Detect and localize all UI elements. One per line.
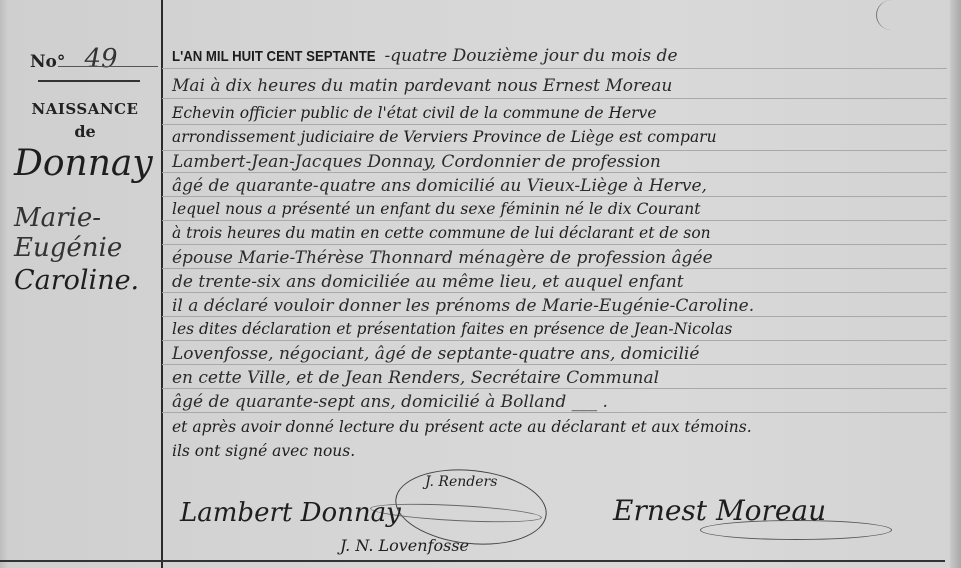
record-line-11: il a déclaré vouloir donner les prénoms …	[172, 296, 754, 316]
ruled-line	[162, 150, 947, 151]
ruled-line	[162, 220, 947, 221]
record-line-14: en cette Ville, et de Jean Renders, Secr…	[172, 368, 659, 388]
record-line-6: âgé de quarante-quatre ans domicilié au …	[172, 176, 707, 196]
pencil-mark	[876, 0, 907, 30]
bottom-rule	[0, 560, 945, 562]
record-line-text: -quatre Douzième jour du mois de	[384, 46, 677, 66]
record-line-16: et après avoir donné lecture du présent …	[172, 418, 752, 436]
entry-number: No° 49	[30, 44, 118, 74]
record-type-preposition: de	[30, 122, 140, 141]
record-line-15: âgé de quarante-sept ans, domicilié à Bo…	[172, 392, 608, 412]
ruled-line	[162, 124, 947, 125]
child-given-name-3: Caroline.	[14, 265, 139, 296]
signature-declarant: Lambert Donnay	[180, 498, 401, 528]
register-page: No° 49 NAISSANCE de Donnay Marie- Eugéni…	[0, 0, 961, 568]
ruled-line	[162, 98, 947, 99]
ruled-line	[162, 172, 947, 173]
ruled-line	[162, 388, 947, 389]
record-line-4: arrondissement judiciaire de Verviers Pr…	[172, 128, 717, 146]
entry-number-label: No	[30, 52, 57, 72]
ruled-line	[162, 316, 947, 317]
ruled-line	[162, 244, 947, 245]
record-line-12: les dites déclaration et présentation fa…	[172, 320, 732, 338]
record-line-10: de trente-six ans domiciliée au même lie…	[172, 272, 684, 292]
ruled-line	[162, 268, 947, 269]
margin-column-rule	[161, 0, 163, 568]
record-line-2: Mai à dix heures du matin pardevant nous…	[172, 76, 672, 96]
ruled-line	[162, 68, 947, 69]
child-surname: Donnay	[14, 143, 153, 184]
ruled-line	[162, 364, 947, 365]
entry-number-value: 49	[84, 44, 117, 74]
entry-number-underline	[58, 66, 158, 67]
ruled-line	[162, 196, 947, 197]
ruled-line	[162, 412, 947, 413]
signature-witness-2: J. N. Lovenfosse	[340, 536, 469, 555]
record-line-7: lequel nous a présenté un enfant du sexe…	[172, 200, 700, 218]
record-line-17: ils ont signé avec nous.	[172, 442, 355, 460]
record-line-1: L'AN MIL HUIT CENT SEPTANTE -quatre Douz…	[172, 46, 678, 66]
page-edge-left	[0, 0, 8, 568]
entry-number-suffix: °	[57, 52, 66, 72]
printed-year-heading: L'AN MIL HUIT CENT SEPTANTE	[172, 48, 376, 65]
record-line-13: Lovenfosse, négociant, âgé de septante-q…	[172, 344, 699, 364]
record-line-8: à trois heures du matin en cette commune…	[172, 224, 711, 242]
record-line-9: épouse Marie-Thérèse Thonnard ménagère d…	[172, 248, 713, 268]
signature-witness-1: J. Renders	[425, 474, 497, 490]
page-edge-right	[950, 0, 961, 568]
ruled-line	[162, 292, 947, 293]
child-given-name-1: Marie-	[14, 203, 101, 233]
child-given-name-2: Eugénie	[14, 233, 122, 263]
signature-officer: Ernest Moreau	[613, 494, 826, 527]
record-line-3: Echevin officier public de l'état civil …	[172, 104, 657, 122]
record-type-title: NAISSANCE	[30, 100, 140, 118]
entry-number-rule	[38, 80, 140, 82]
ruled-line	[162, 340, 947, 341]
record-line-5: Lambert-Jean-Jacques Donnay, Cordonnier …	[172, 152, 661, 172]
